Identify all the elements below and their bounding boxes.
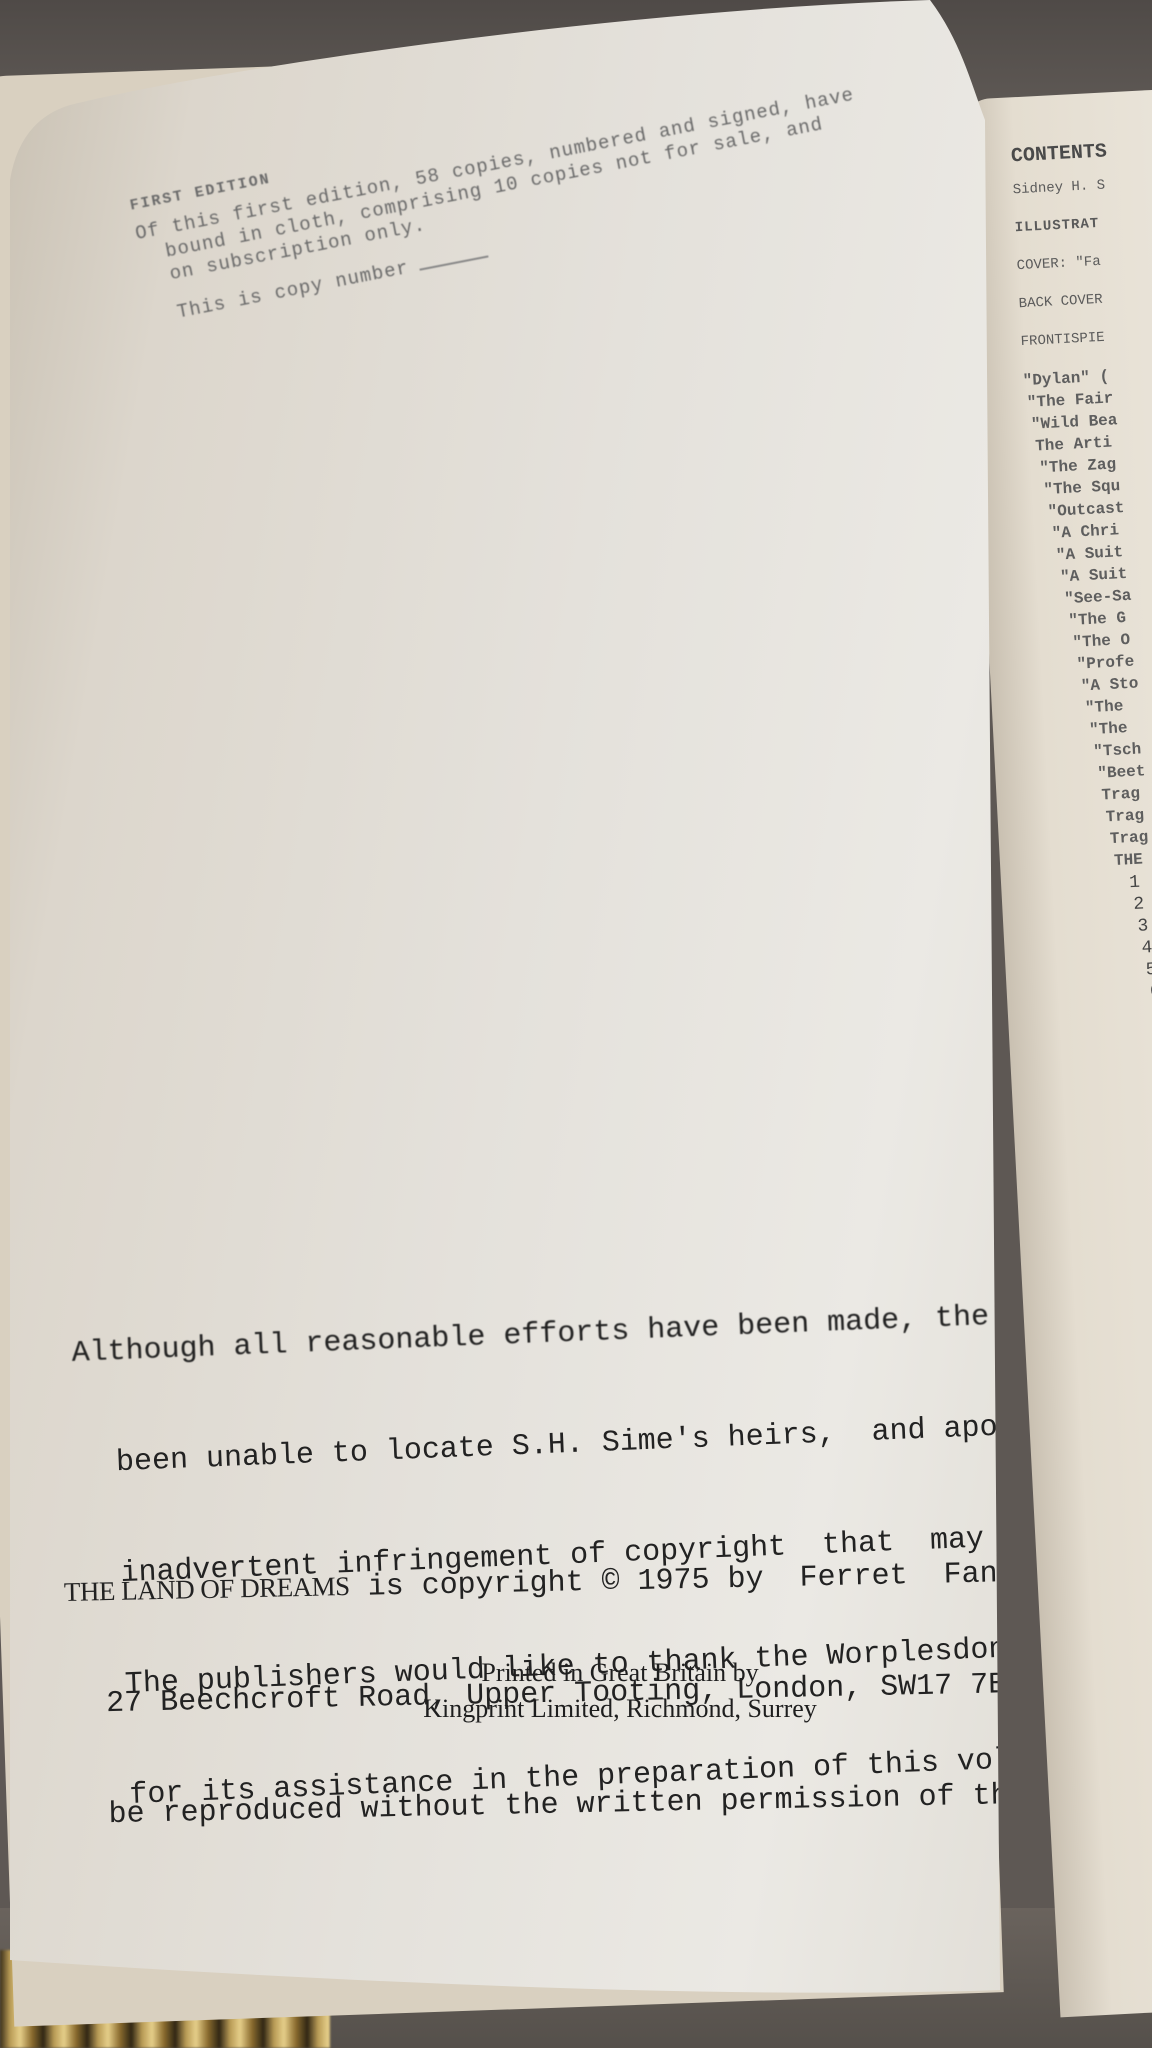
notice-line: Although all reasonable efforts have bee…	[71, 1291, 1152, 1373]
back-cover-line: BACK COVER	[1018, 291, 1144, 312]
copyright-text: is copyright © 1975 by Ferret Fantasy	[349, 1556, 1070, 1605]
author-line: Sidney H. S	[1012, 177, 1138, 198]
colophon-page: FIRST EDITION Of this first edition, 58 …	[10, 0, 1000, 2010]
cover-line: COVER: "Fa	[1016, 253, 1142, 274]
copy-number-blank	[419, 255, 488, 270]
printer-credit: Printed in Great Britain by Kingprint Li…	[360, 1655, 880, 1727]
permission-line: be reproduced without the written permis…	[68, 1775, 1152, 1835]
contents-heading: CONTENTS	[1011, 141, 1137, 168]
copyright-line: THE LAND OF DREAMS is copyright © 1975 b…	[64, 1551, 1149, 1613]
book-title: THE LAND OF DREAMS	[64, 1571, 350, 1607]
frontispiece-line: FRONTISPIE	[1020, 329, 1146, 350]
printer-line-2: Kingprint Limited, Richmond, Surrey	[360, 1691, 880, 1727]
contents-numbers: 12345678TI	[1049, 872, 1152, 1076]
printer-line-1: Printed in Great Britain by	[360, 1655, 880, 1691]
edition-notice: FIRST EDITION Of this first edition, 58 …	[128, 55, 872, 329]
illustrations-heading: ILLUSTRAT	[1014, 215, 1140, 236]
contents-list: CONTENTS Sidney H. S ILLUSTRAT COVER: "F…	[1011, 141, 1152, 1076]
notice-line: been unable to locate S.H. Sime's heirs,…	[75, 1402, 1152, 1484]
contents-items: "Dylan" ("The Fair"Wild BeaThe Arti"The …	[1022, 367, 1152, 879]
